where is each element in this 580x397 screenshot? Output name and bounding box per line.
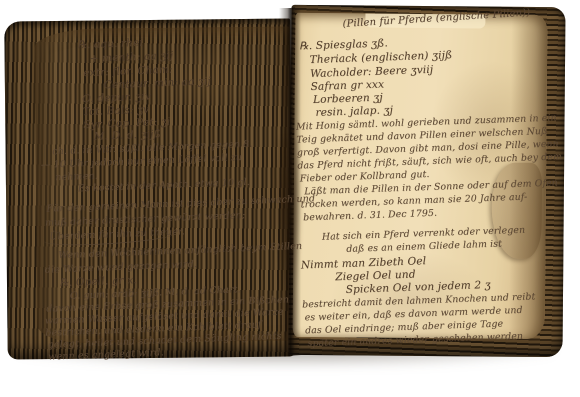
manuscript-photo: ℞. aqu. rhei + menth: aa ʒij extr: flor.… [0,0,580,397]
left-page-edge-fade [34,29,93,344]
left-page [34,27,293,344]
right-page-edge-block [288,5,565,357]
right-page [293,13,548,339]
left-page-edge-block [4,19,294,360]
paper-patch [365,13,485,28]
gutter-ink-blot [274,138,302,298]
right-page-edge-stain [509,15,548,339]
